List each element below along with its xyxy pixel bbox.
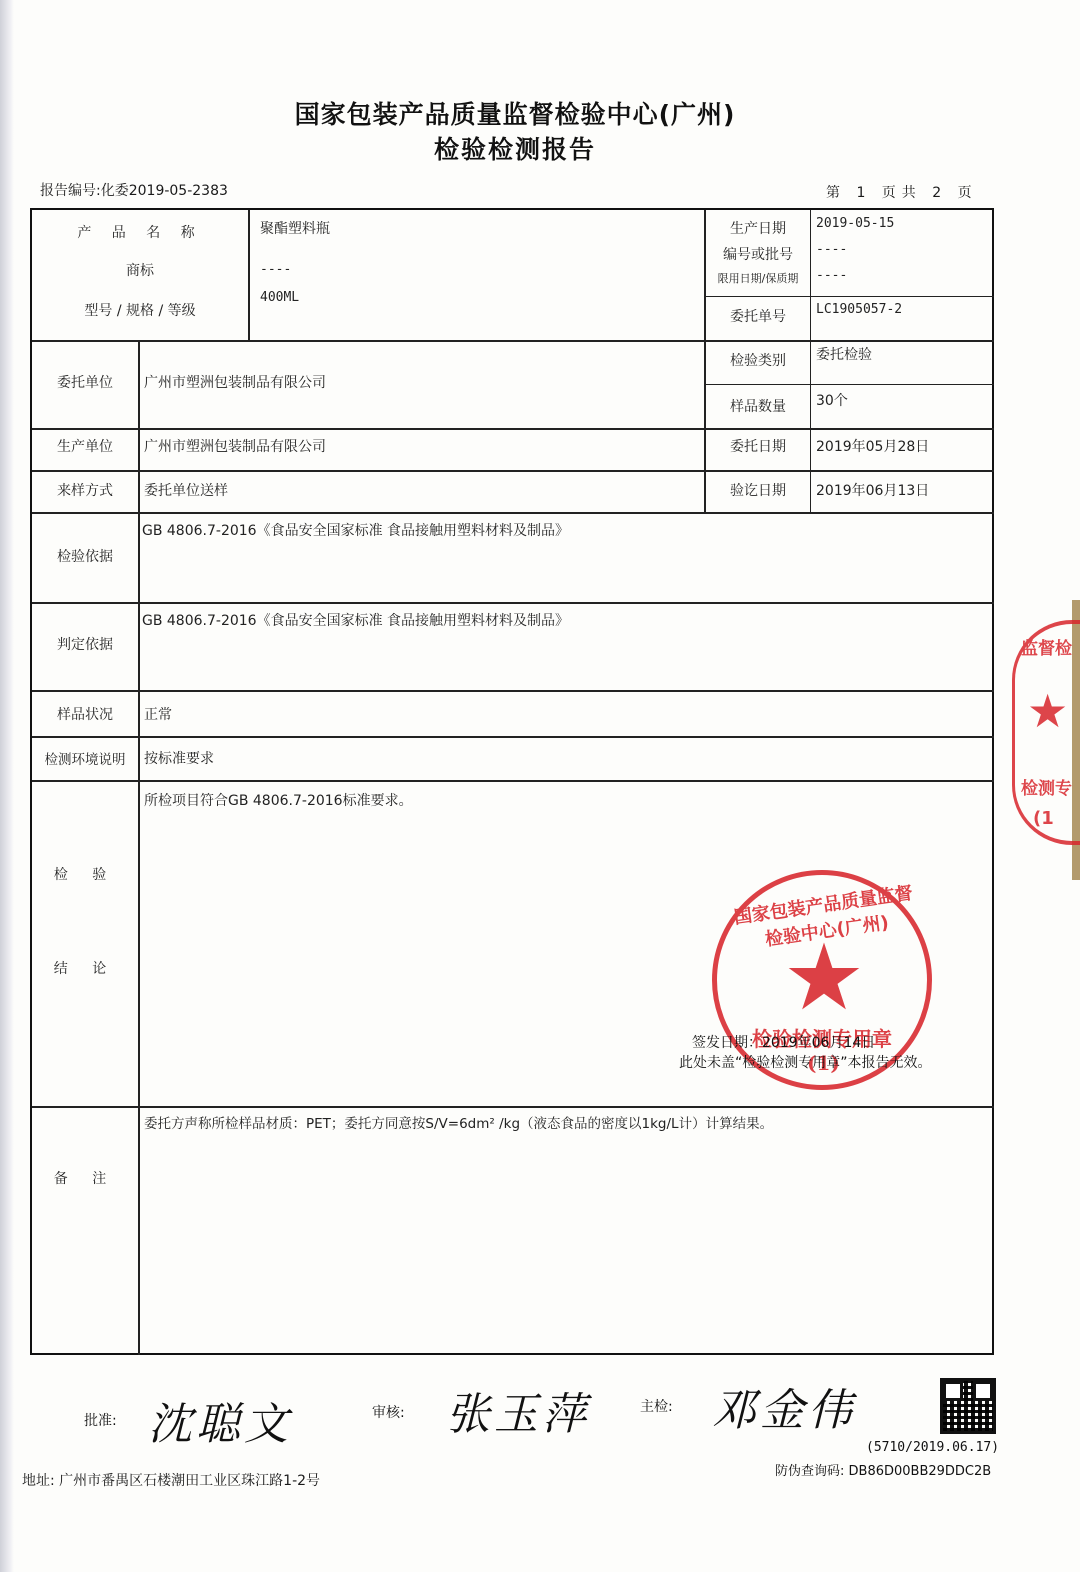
- sample-qty-value: 30个: [816, 390, 848, 410]
- approve-signature: 沈聪文: [148, 1388, 292, 1452]
- expiry-value: ----: [816, 268, 847, 283]
- col-divider: [248, 210, 250, 340]
- commission-date-value: 2019年05月28日: [816, 436, 929, 456]
- trademark-value: ----: [260, 262, 291, 277]
- production-date-label: 生产日期: [706, 218, 810, 238]
- code-date: (5710/2019.06.17): [866, 1440, 999, 1455]
- side-seal-bottom: 检测专: [1021, 774, 1072, 799]
- page-indicator: 第 1 页共 2 页: [826, 182, 978, 202]
- remarks-value: 委托方声称所检样品材质：PET；委托方同意按S/V=6dm² /kg（液态食品的…: [144, 1112, 773, 1132]
- inspection-type-label: 检验类别: [706, 350, 810, 370]
- star-icon: ★: [779, 933, 869, 1023]
- qr-code-icon[interactable]: [940, 1378, 996, 1434]
- row-divider: [32, 780, 994, 782]
- sampling-value: 委托单位送样: [144, 480, 228, 500]
- row-divider: [32, 470, 994, 472]
- address: 地址: 广州市番禺区石楼潮田工业区珠江路1-2号: [22, 1470, 320, 1490]
- report-subtitle: 检验检测报告: [0, 130, 1030, 166]
- conclusion-value: 所检项目符合GB 4806.7-2016标准要求。: [144, 790, 413, 810]
- col-divider: [138, 340, 140, 1355]
- expiry-label: 限用日期/保质期: [706, 270, 810, 286]
- environment-label: 检测环境说明: [32, 748, 138, 768]
- model-value: 400ML: [260, 290, 299, 305]
- judgement-label: 判定依据: [32, 634, 138, 654]
- report-title: 国家包装产品质量监督检验中心(广州): [0, 95, 1030, 131]
- condition-label: 样品状况: [32, 704, 138, 724]
- order-no-label: 委托单号: [706, 306, 810, 326]
- side-seal: 监督检 ★ 检测专 (1: [1012, 620, 1080, 845]
- row-divider: [32, 512, 994, 514]
- review-signature: 张玉萍: [446, 1378, 590, 1442]
- commission-date-label: 委托日期: [706, 436, 810, 456]
- row-divider: [32, 340, 994, 342]
- product-name-label: 产 品 名 称: [32, 222, 248, 242]
- col-divider: [810, 210, 811, 512]
- client-value: 广州市塑洲包装制品有限公司: [144, 372, 326, 392]
- scan-edge: [0, 0, 14, 1572]
- production-date-value: 2019-05-15: [816, 216, 894, 231]
- client-label: 委托单位: [32, 372, 138, 392]
- basis-value: GB 4806.7-2016《食品安全国家标准 食品接触用塑料材料及制品》: [142, 520, 569, 540]
- completion-date-label: 验讫日期: [706, 480, 810, 500]
- conclusion-label-2: 结 论: [32, 958, 138, 978]
- batch-value: ----: [816, 242, 847, 257]
- batch-label: 编号或批号: [706, 244, 810, 264]
- row-divider: [32, 602, 994, 604]
- row-divider: [32, 428, 994, 430]
- basis-label: 检验依据: [32, 546, 138, 566]
- star-icon: ★: [1027, 684, 1068, 738]
- inspector-signature: 邓金伟: [712, 1374, 856, 1438]
- completion-date-value: 2019年06月13日: [816, 480, 929, 500]
- stamp-note: 此处未盖“检验检测专用章”本报告无效。: [679, 1052, 932, 1072]
- approve-label: 批准:: [84, 1410, 117, 1430]
- trademark-label: 商标: [32, 260, 248, 280]
- row-divider: [32, 736, 994, 738]
- producer-label: 生产单位: [32, 436, 138, 456]
- side-seal-top: 监督检: [1021, 634, 1072, 659]
- sampling-label: 来样方式: [32, 480, 138, 500]
- review-label: 审核:: [372, 1402, 405, 1422]
- order-no-value: LC1905057-2: [816, 302, 902, 317]
- condition-value: 正常: [144, 704, 172, 724]
- conclusion-label-1: 检 验: [32, 864, 138, 884]
- sample-qty-label: 样品数量: [706, 396, 810, 416]
- report-number: 报告编号:化委2019-05-2383: [40, 180, 228, 200]
- sign-date: 签发日期：2019年06月14日: [692, 1032, 875, 1052]
- row-divider: [32, 1106, 994, 1108]
- row-divider: [32, 690, 994, 692]
- environment-value: 按标准要求: [144, 748, 214, 768]
- row-divider: [706, 384, 994, 385]
- report-table: 产 品 名 称 商标 型号 / 规格 / 等级 聚酯塑料瓶 ---- 400ML…: [30, 208, 994, 1355]
- remarks-label: 备 注: [32, 1168, 138, 1188]
- side-seal-number: (1: [1033, 808, 1054, 829]
- product-name-value: 聚酯塑料瓶: [260, 218, 330, 238]
- producer-value: 广州市塑洲包装制品有限公司: [144, 436, 326, 456]
- inspector-label: 主检:: [640, 1396, 673, 1416]
- inspection-type-value: 委托检验: [816, 344, 872, 364]
- judgement-value: GB 4806.7-2016《食品安全国家标准 食品接触用塑料材料及制品》: [142, 610, 569, 630]
- model-label: 型号 / 规格 / 等级: [32, 300, 248, 320]
- row-divider: [706, 296, 994, 297]
- anti-fake-code: 防伪查询码: DB86D00BB29DDC2B: [775, 1460, 991, 1479]
